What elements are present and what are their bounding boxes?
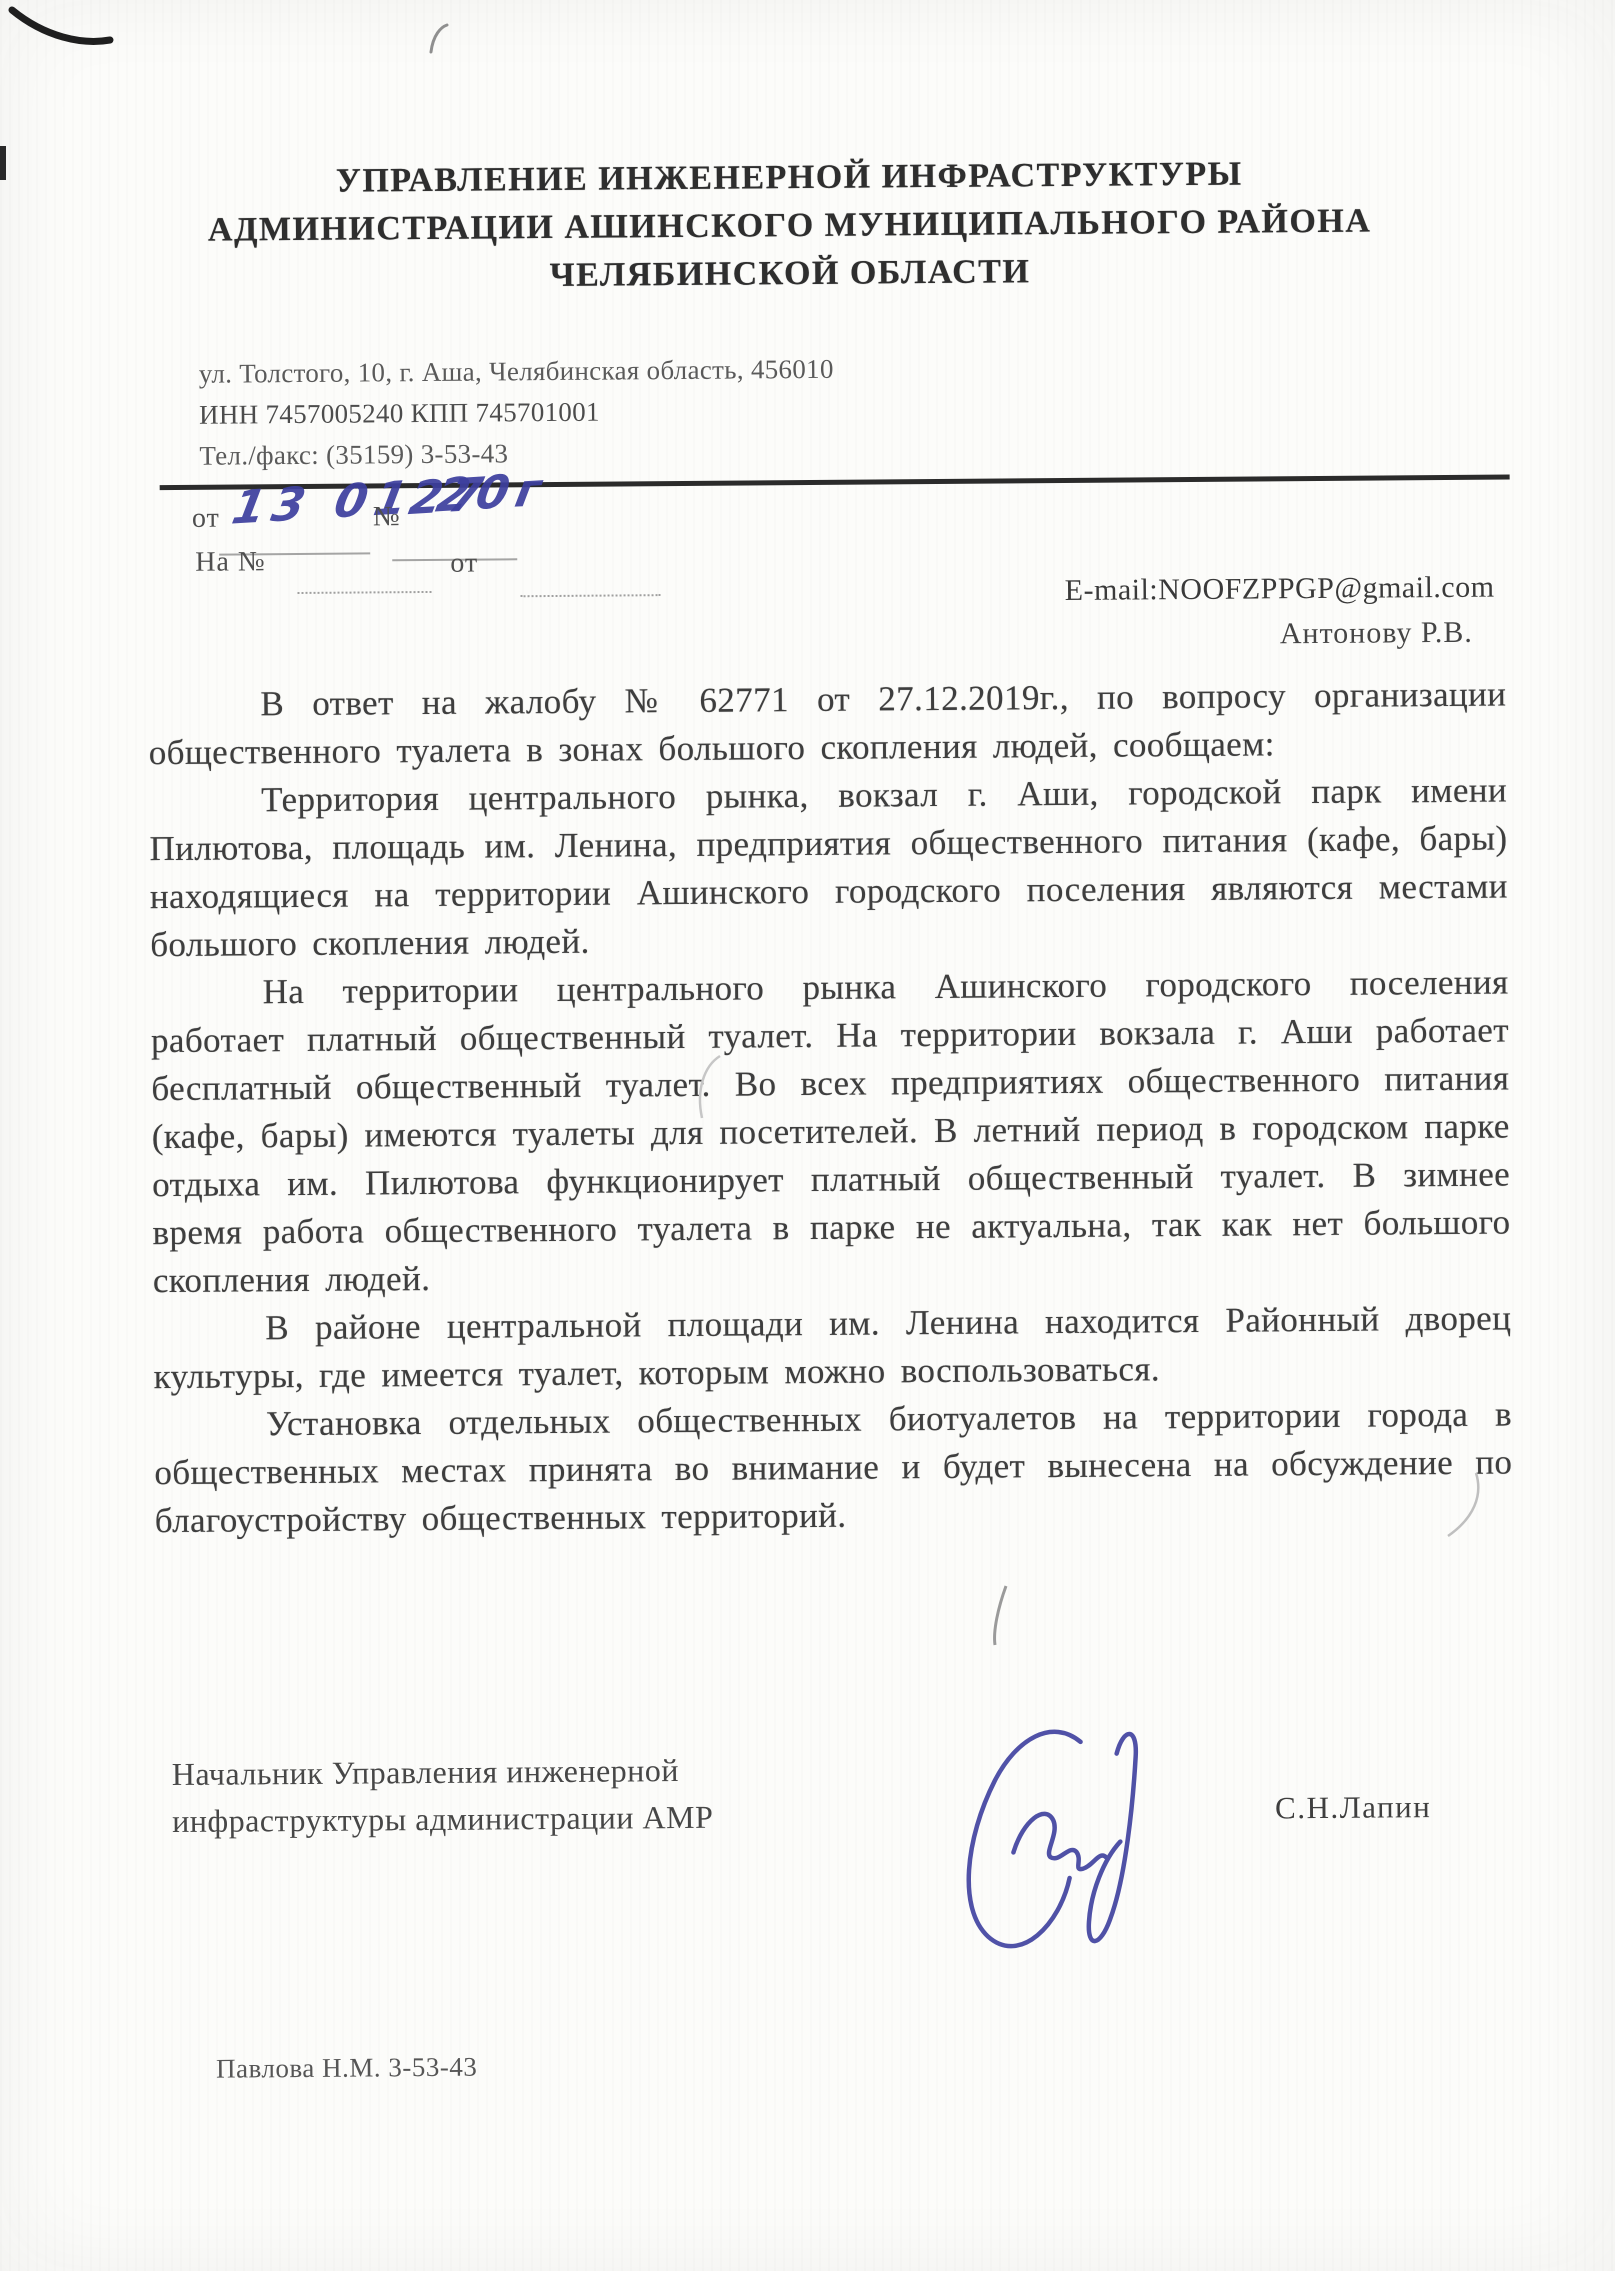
signer-position-line-2: инфраструктуры администрации АМР [172,1794,714,1845]
body-paragraph-4: В районе центральной площади им. Ленина … [153,1294,1512,1401]
org-address-block: ул. Толстого, 10, г. Аша, Челябинская об… [199,349,835,477]
signer-position: Начальник Управления инженерной инфрастр… [172,1747,714,1845]
executor-contact: Павлова Н.М. 3-53-43 [216,2052,477,2085]
reply-ref-label: На № [195,546,266,579]
signer-position-line-1: Начальник Управления инженерной [172,1747,714,1798]
org-street-address: ул. Толстого, 10, г. Аша, Челябинская об… [199,349,834,395]
body-paragraph-3: На территории центрального рынка Ашинско… [150,958,1511,1305]
letter-content: УПРАВЛЕНИЕ ИНЖЕНЕРНОЙ ИНФРАСТРУКТУРЫ АДМ… [0,0,1615,2271]
reply-ref-underline [297,591,431,594]
outgoing-date-label: от [192,503,220,535]
reply-date-label: от [450,548,478,580]
outgoing-number-handwritten: 27 [405,466,494,525]
letter-body: В ответ на жалобу № 62771 от 27.12.2019г… [148,671,1513,1546]
scanned-letter-page: УПРАВЛЕНИЕ ИНЖЕНЕРНОЙ ИНФРАСТРУКТУРЫ АДМ… [0,0,1615,2271]
signer-name: С.Н.Лапин [1275,1789,1431,1826]
recipient-name: Антонову Р.В. [1280,616,1473,652]
org-inn-kpp: ИНН 7457005240 КПП 745701001 [199,390,834,436]
body-paragraph-5: Установка отдельных общественных биотуал… [154,1390,1513,1545]
reply-date-underline [521,594,661,597]
signature-ink [928,1709,1180,1971]
recipient-email: E-mail:NOOFZPPGP@gmail.com [1065,571,1495,608]
outgoing-number-label: № [373,501,401,533]
letterhead: УПРАВЛЕНИЕ ИНЖЕНЕРНОЙ ИНФРАСТРУКТУРЫ АДМ… [74,149,1505,304]
body-paragraph-2: Территория центрального рынка, вокзал г.… [149,767,1508,970]
body-paragraph-1: В ответ на жалобу № 62771 от 27.12.2019г… [148,671,1507,778]
